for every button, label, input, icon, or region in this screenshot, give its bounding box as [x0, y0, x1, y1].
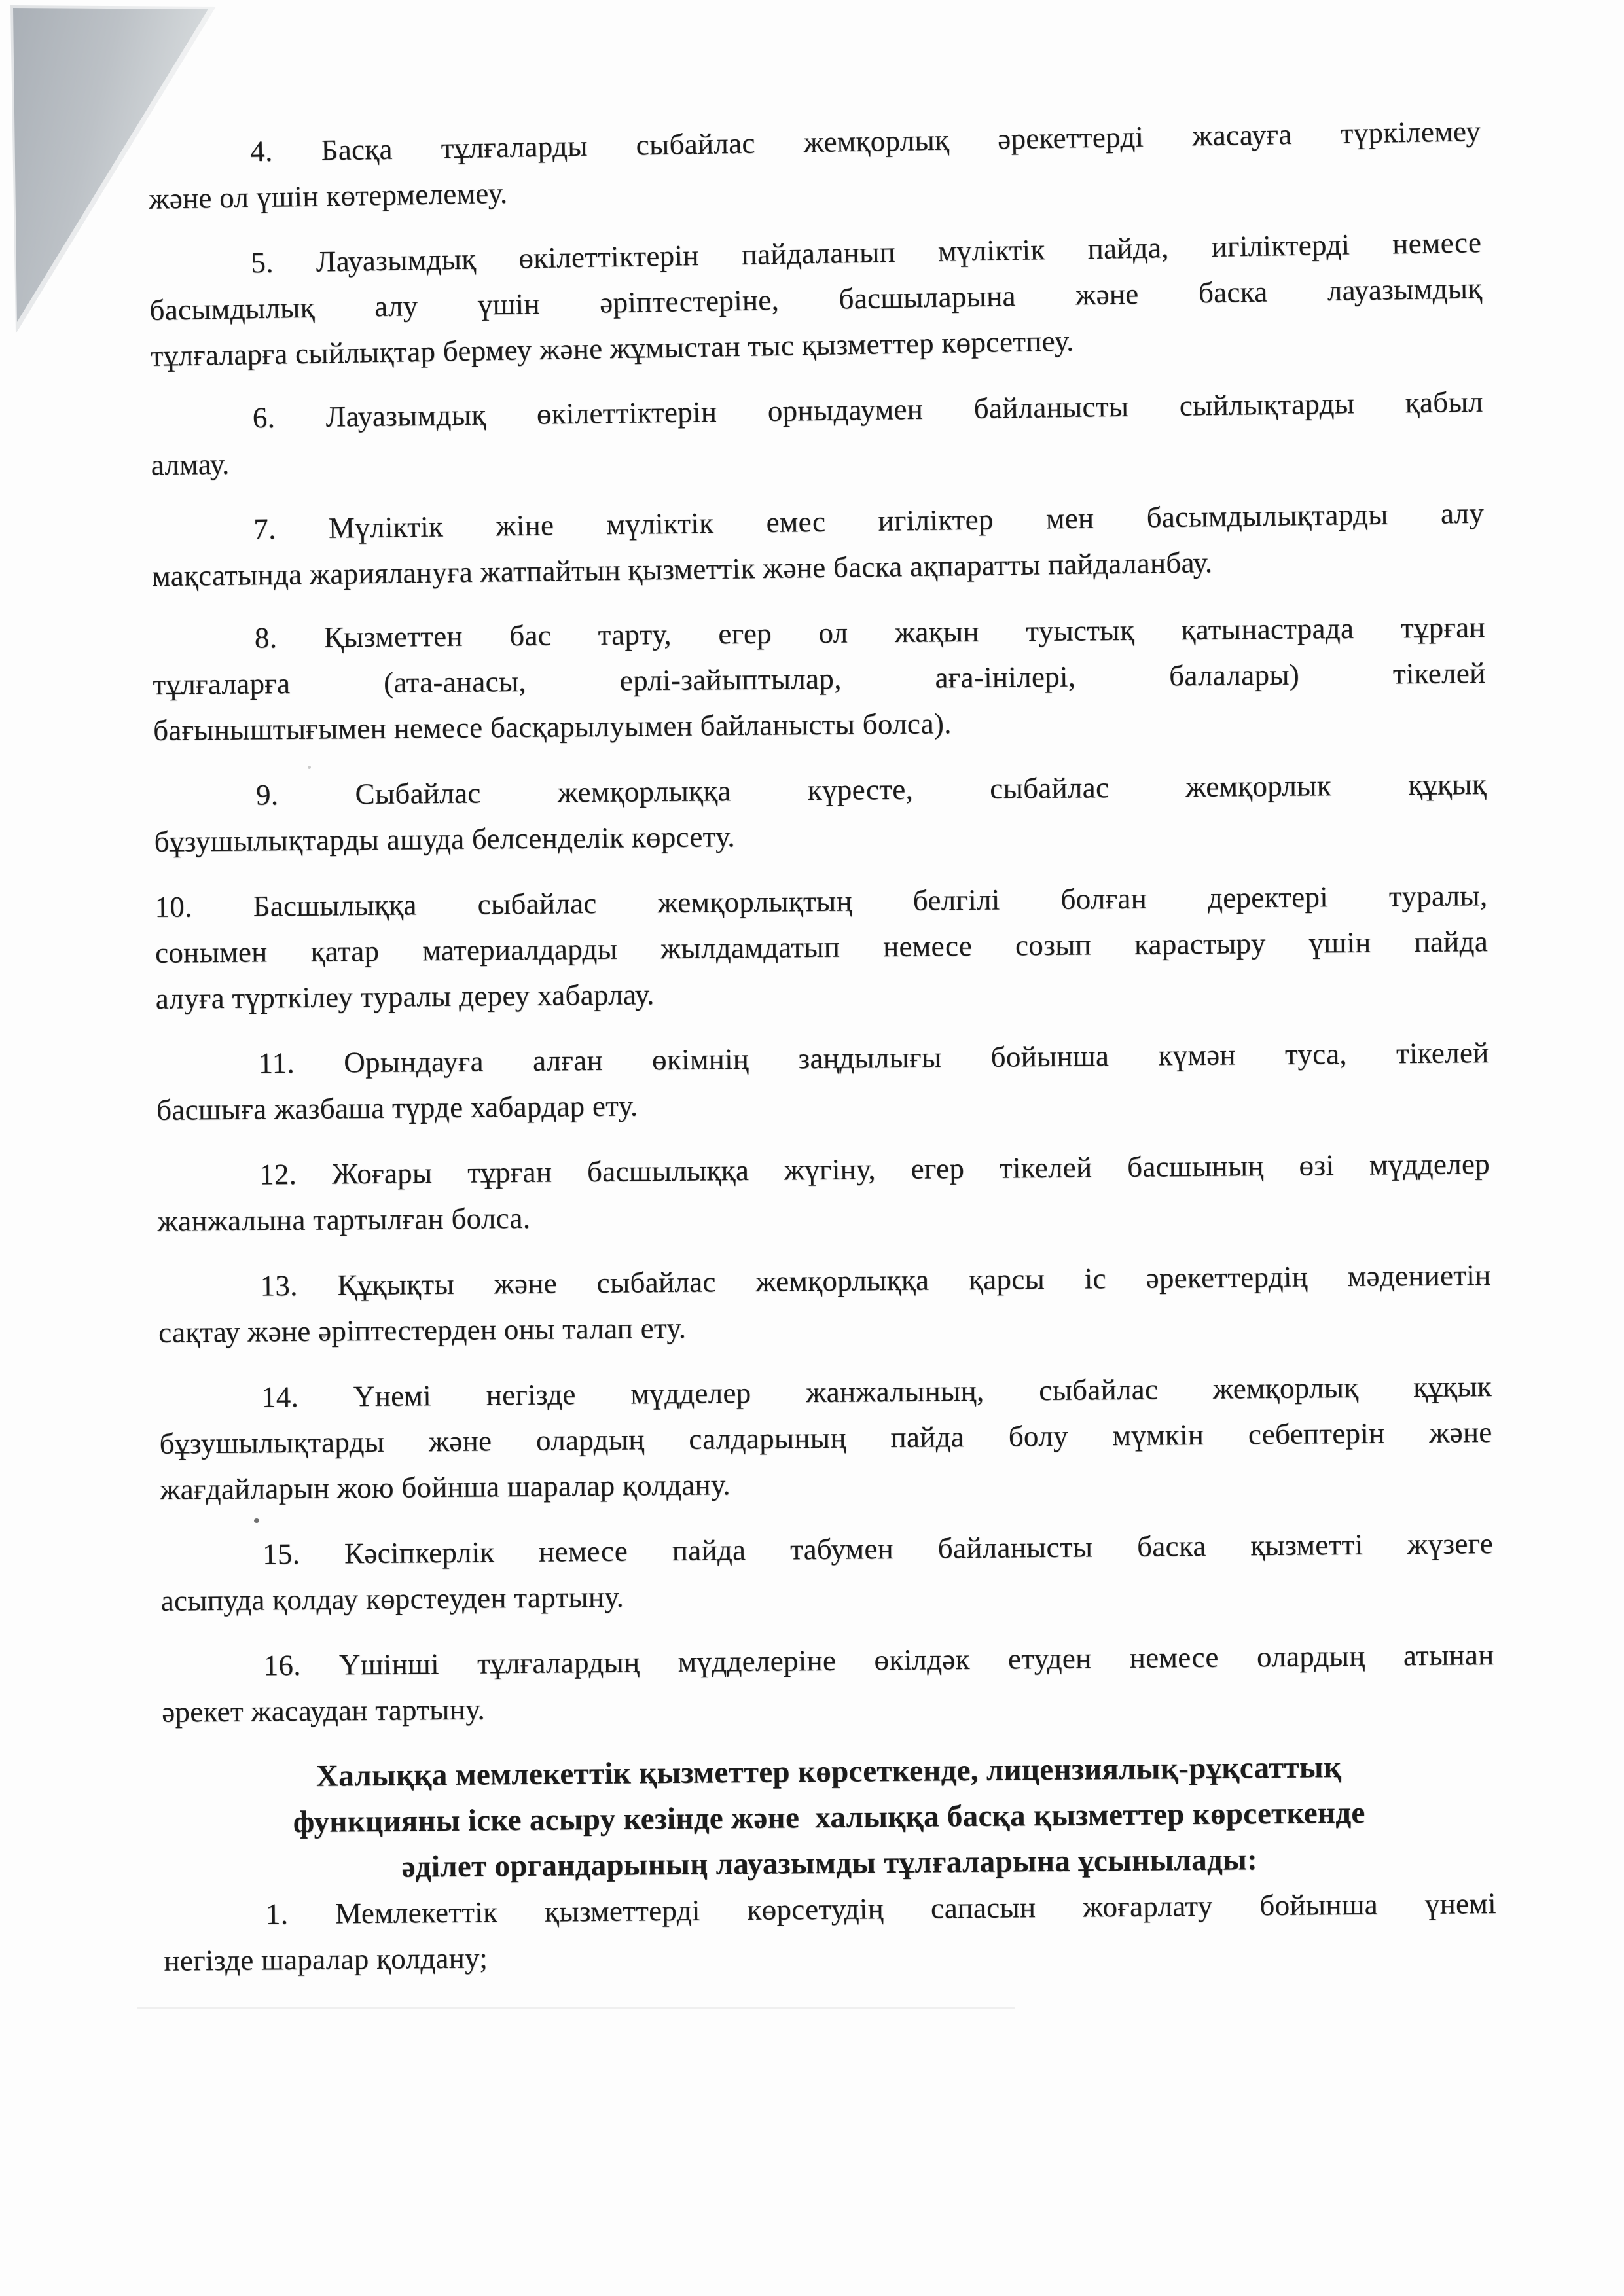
paragraph-5: 5. Лауазымдық өкілеттіктерін пайдаланып …: [149, 219, 1483, 379]
scan-speck: [322, 1334, 326, 1338]
paragraph-11: 11. Орындауға алған өкімнің заңдылығы бо…: [156, 1030, 1489, 1133]
paragraph-15: 15. Кәсіпкерлік немесе пайда табумен бай…: [160, 1520, 1494, 1624]
paragraph-8: 8. Қызметтен бас тарту, егер ол жақын ту…: [153, 604, 1487, 753]
paragraph-12: 12. Жоғары тұрған басшылыққа жүгіну, еге…: [157, 1141, 1490, 1244]
paragraph-14: 14. Үнемі негізде мүдделер жанжалының, с…: [159, 1363, 1493, 1513]
paragraph-1-closing: 1. Мемлекеттік қызметтерді көрсетудің са…: [164, 1880, 1497, 1984]
paragraph-7: 7. Мүліктік жіне мүліктік емес игіліктер…: [151, 490, 1485, 600]
paragraph-10: 10. Басшылыққа сыбайлас жемқорлықтың бел…: [154, 872, 1489, 1022]
paragraph-4: 4. Басқа тұлғаларды сыбайлас жемқорлық ә…: [148, 108, 1482, 222]
page-content: 4. Басқа тұлғаларды сыбайлас жемқорлық ә…: [148, 113, 1497, 2003]
scan-speck: [308, 766, 311, 769]
paragraph-6: 6. Лауазымдық өкілеттіктерін орныдаумен …: [150, 379, 1484, 488]
heading: Халыққа мемлекеттік қызметтер көрсеткенд…: [162, 1743, 1496, 1892]
paragraph-9: 9. Сыбайлас жемқорлыққа күресте, сыбайла…: [154, 761, 1487, 865]
scan-speck: [254, 1518, 259, 1523]
paragraph-13: 13. Құқықты және сыбайлас жемқорлыққа қа…: [158, 1252, 1491, 1355]
paragraph-16: 16. Үшінші тұлғалардың мүдделеріне өкілд…: [161, 1632, 1494, 1735]
scan-streak: [137, 2007, 1015, 2009]
scanned-page: 4. Басқа тұлғаларды сыбайлас жемқорлық ә…: [0, 0, 1624, 2296]
